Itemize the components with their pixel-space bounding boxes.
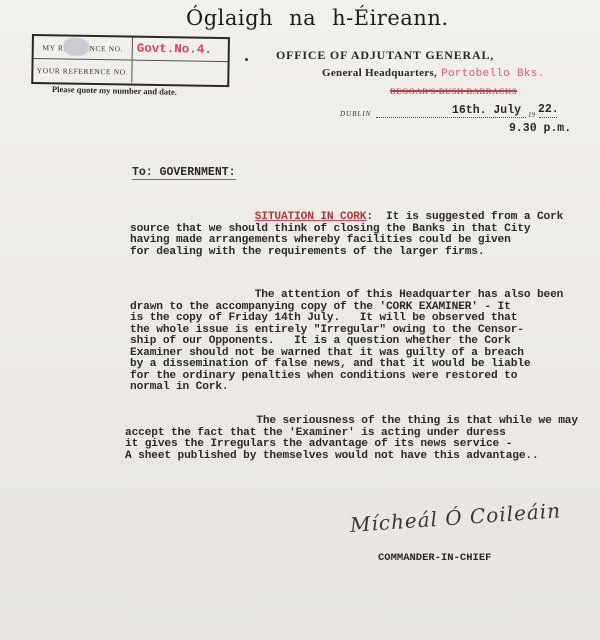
paragraph-line: drawn to the accompanying copy of the 'C… [130,301,511,313]
paragraph-3: The seriousness of the thing is that whi… [125,416,578,462]
paragraph-line: having made arrangements whereby facilit… [130,234,511,246]
paragraph-line: it gives the Irregulars the advantage of… [125,438,512,450]
headquarters-label: General Headquarters, [322,67,437,79]
your-reference-label: YOUR REFERENCE NO. [33,59,132,83]
subject-heading: SITUATION IN CORK [255,211,367,223]
quote-reference-note: Please quote my number and date. [52,84,177,97]
paragraph-line: ship of our Opponents. It is a question … [130,335,511,347]
paragraph-line: for the ordinary penalties when conditio… [130,370,517,382]
my-reference-label: MY REFERENCE NO. [34,36,133,60]
paragraph-line: normal in Cork. [130,381,228,393]
struck-out-location: BEGGAR'S BUSH BARRACKS [390,86,517,96]
decorative-dot [245,58,248,61]
time: 9.30 p.m. [509,122,571,135]
my-reference-row: MY REFERENCE NO. Govt.No.4. [34,36,228,62]
letterhead-irish-title: Óglaighnah-Éireann. [186,6,465,30]
paragraph-line: source that we should think of closing t… [130,223,530,235]
irish-title-word: Óglaigh [186,6,273,30]
date-day-month: 16th. July [452,104,521,117]
paragraph-1-first-line: : It is suggested from a Cork [366,211,563,223]
my-reference-value: Govt.No.4. [133,42,212,57]
paragraph-line: the whole issue is entirely "Irregular" … [130,324,524,336]
paragraph-1: SITUATION IN CORK: It is suggested from … [130,212,563,258]
paragraph-line: for dealing with the requirements of the… [130,246,484,258]
office-title: OFFICE OF ADJUTANT GENERAL, [276,48,494,63]
paragraph-line: The attention of this Headquarter has al… [130,289,563,301]
paragraph-line: The seriousness of the thing is that whi… [125,415,578,427]
dotted-leader [539,117,557,118]
headquarters-location: Portobello Bks. [441,68,545,80]
letter-page: Óglaighnah-Éireann. MY REFERENCE NO. Gov… [0,0,600,640]
paragraph-line: is the copy of Friday 14th July. It will… [130,312,517,324]
date-line: DUBLIN 16th. July 19 22. [340,104,565,120]
city-label: DUBLIN [340,110,371,118]
irish-title-word: h-Éireann. [332,6,448,30]
paragraph-2: The attention of this Headquarter has al… [130,290,563,394]
redaction-mark [64,38,90,56]
irish-title-word: na [289,6,316,30]
reference-box: MY REFERENCE NO. Govt.No.4. YOUR REFEREN… [31,34,230,87]
date-year: 22. [538,103,559,116]
your-reference-row: YOUR REFERENCE NO. [33,59,227,84]
dotted-leader [376,117,526,118]
headquarters-line: General Headquarters,Portobello Bks. [322,67,545,80]
signatory-title: COMMANDER-IN-CHIEF [378,552,491,564]
paragraph-line: A sheet published by themselves would no… [125,450,539,462]
paragraph-line: Examiner should not be warned that it wa… [130,347,524,359]
handwritten-signature: Mícheál Ó Coileáin [349,498,562,537]
year-prefix: 19 [528,111,535,119]
paragraph-line: accept the fact that the 'Examiner' is a… [125,427,506,439]
addressee: To: GOVERNMENT: [132,166,236,180]
paragraph-line: by a dissemination of false news, and th… [130,358,530,370]
